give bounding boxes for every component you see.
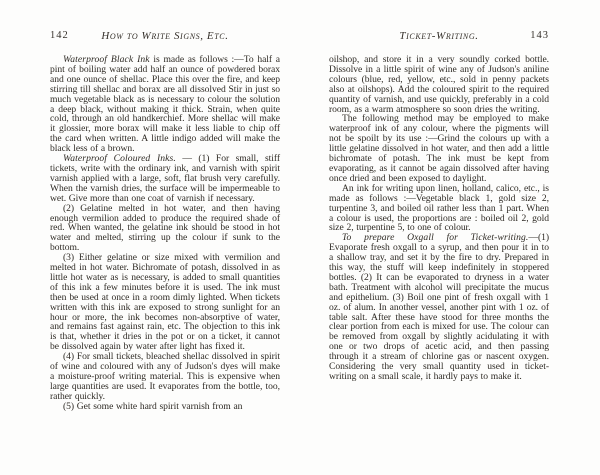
book-spread: 142 How to Write Signs, Etc. Waterproof … bbox=[0, 0, 600, 475]
paragraph-text: (3) Either gelatine or size mixed with v… bbox=[50, 252, 280, 352]
paragraph: oilshop, and store it in a very soundly … bbox=[329, 55, 549, 114]
page-right: Ticket-Writing. 143 oilshop, and store i… bbox=[329, 30, 549, 382]
paragraph: (2) Gelatine melted in hot water, and th… bbox=[50, 204, 280, 254]
paragraph-text: (2) Gelatine melted in hot water, and th… bbox=[50, 203, 280, 254]
paragraph: Waterproof Coloured Inks. — (1) For smal… bbox=[50, 154, 280, 204]
paragraph-text: (5) Get some white hard spirit varnish f… bbox=[63, 401, 242, 412]
left-page-number: 142 bbox=[50, 30, 69, 41]
paragraph: An ink for writing upon linen, holland, … bbox=[329, 184, 549, 234]
right-page-header: Ticket-Writing. 143 bbox=[329, 30, 549, 46]
right-running-head: Ticket-Writing. bbox=[329, 30, 549, 42]
paragraph-text: —(1) Evaporate fresh oxgall to a syrup, … bbox=[329, 232, 549, 382]
paragraph: (3) Either gelatine or size mixed with v… bbox=[50, 253, 280, 352]
paragraph-text: The following method may be employed to … bbox=[329, 113, 549, 183]
paragraph: Waterproof Black Ink is made as follows … bbox=[50, 55, 280, 154]
paragraph: (5) Get some white hard spirit varnish f… bbox=[50, 402, 280, 412]
paragraph: The following method may be employed to … bbox=[329, 114, 549, 183]
paragraph-text: An ink for writing upon linen, holland, … bbox=[329, 183, 549, 234]
paragraph: (4) For small tickets, bleached shellac … bbox=[50, 352, 280, 402]
right-page-body: oilshop, and store it in a very soundly … bbox=[329, 55, 549, 382]
right-page-number: 143 bbox=[530, 30, 549, 41]
paragraph-text: is made as follows :—To half a pint of b… bbox=[50, 54, 280, 154]
left-running-head: How to Write Signs, Etc. bbox=[50, 30, 280, 42]
left-page-header: 142 How to Write Signs, Etc. bbox=[50, 30, 280, 46]
paragraph-text: (4) For small tickets, bleached shellac … bbox=[50, 351, 280, 402]
paragraph: To prepare Oxgall for Ticket-writing.—(1… bbox=[329, 233, 549, 382]
left-page-body: Waterproof Black Ink is made as follows … bbox=[50, 55, 280, 412]
paragraph-text: oilshop, and store it in a very soundly … bbox=[329, 54, 549, 115]
page-left: 142 How to Write Signs, Etc. Waterproof … bbox=[50, 30, 280, 412]
